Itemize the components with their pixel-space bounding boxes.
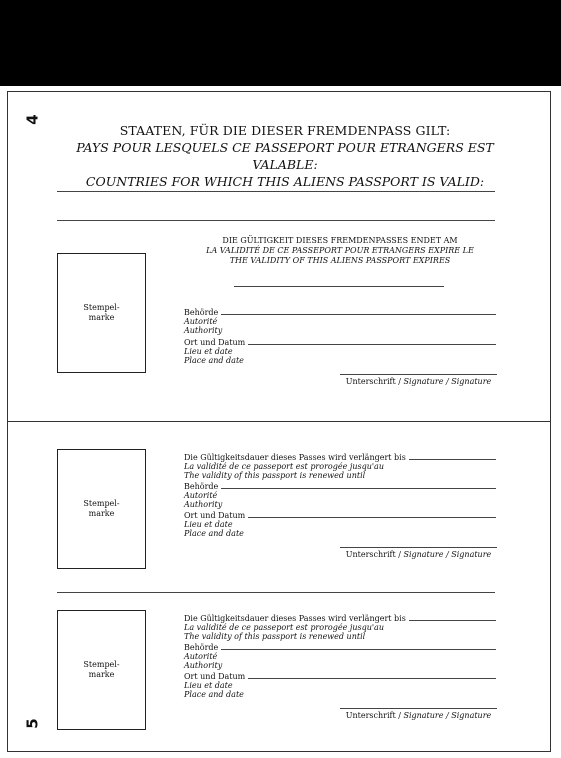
countries-title-en: COUNTRIES FOR WHICH THIS ALIENS PASSPORT…: [60, 173, 510, 190]
authority-field: Behörde Autorité Authority: [184, 308, 496, 335]
place-label-fr: Lieu et date: [184, 347, 496, 356]
authority-label-en: Authority: [184, 326, 496, 335]
authority-label-fr: Autorité: [184, 317, 496, 326]
stamp-label: Stempel-: [83, 660, 119, 669]
renewed-label-en: The validity of this passport is renewed…: [184, 632, 496, 641]
renewal-1-place-date-line[interactable]: [248, 517, 496, 518]
renewal-2-signature-line[interactable]: Unterschrift / Signature / Signature: [340, 708, 497, 720]
countries-title-fr: PAYS POUR LESQUELS CE PASSEPORT POUR ETR…: [60, 139, 510, 173]
renewal-separator: [57, 592, 495, 593]
stamp-label-2: marke: [89, 509, 115, 518]
renewal-2-place-date-field: Ort und Datum Lieu et date Place and dat…: [184, 672, 496, 699]
expiry-heading-en: THE VALIDITY OF THIS ALIENS PASSPORT EXP…: [170, 256, 510, 266]
place-label-en: Place and date: [184, 356, 496, 365]
renewal-2-authority-field: Behörde Autorité Authority: [184, 643, 496, 670]
renewal-2-date-line[interactable]: [409, 620, 496, 621]
page-number-bottom: 5: [26, 718, 41, 728]
renewal-1-date-line[interactable]: [409, 459, 496, 460]
place-label-de: Ort und Datum: [184, 511, 245, 520]
expiry-heading: DIE GÜLTIGKEIT DIESES FREMDENPASSES ENDE…: [170, 236, 510, 266]
stamp-box-renewal-1: Stempel-marke: [57, 449, 146, 569]
stamp-box-renewal-2: Stempel-marke: [57, 610, 146, 730]
place-label-de: Ort und Datum: [184, 672, 245, 681]
renewed-label-fr: La validité de ce passeport est prorogée…: [184, 623, 496, 632]
renewed-label-de: Die Gültigkeitsdauer dieses Passes wird …: [184, 453, 406, 462]
stamp-box: Stempel-marke: [57, 253, 146, 373]
authority-label-fr: Autorité: [184, 491, 496, 500]
renewed-label-fr: La validité de ce passeport est prorogée…: [184, 462, 496, 471]
renewal-1-until-field: Die Gültigkeitsdauer dieses Passes wird …: [184, 453, 496, 480]
black-top-band: [0, 0, 561, 86]
expiry-date-line[interactable]: [234, 286, 444, 287]
renewal-2-until-field: Die Gültigkeitsdauer dieses Passes wird …: [184, 614, 496, 641]
expiry-heading-de: DIE GÜLTIGKEIT DIESES FREMDENPASSES ENDE…: [170, 236, 510, 246]
renewal-1-signature-line[interactable]: Unterschrift / Signature / Signature: [340, 547, 497, 559]
renewal-1-authority-line[interactable]: [221, 488, 496, 489]
authority-label-en: Authority: [184, 500, 496, 509]
place-date-field: Ort und Datum Lieu et date Place and dat…: [184, 338, 496, 365]
stamp-label-2: marke: [89, 670, 115, 679]
expiry-heading-fr: LA VALIDITÉ DE CE PASSEPORT POUR ETRANGE…: [170, 246, 510, 256]
signature-label-fr-en: Signature / Signature: [403, 377, 491, 386]
countries-line-1[interactable]: [57, 191, 495, 192]
authority-label-de: Behörde: [184, 643, 218, 652]
place-date-input-line[interactable]: [248, 344, 496, 345]
renewal-1-authority-field: Behörde Autorité Authority: [184, 482, 496, 509]
stamp-label-2: marke: [89, 313, 115, 322]
page-divider: [7, 421, 551, 422]
signature-label-de: Unterschrift /: [346, 550, 404, 559]
renewal-2-place-date-line[interactable]: [248, 678, 496, 679]
authority-label-fr: Autorité: [184, 652, 496, 661]
stamp-label: Stempel-: [83, 303, 119, 312]
renewed-label-en: The validity of this passport is renewed…: [184, 471, 496, 480]
signature-label-de: Unterschrift /: [346, 711, 404, 720]
renewed-label-de: Die Gültigkeitsdauer dieses Passes wird …: [184, 614, 406, 623]
signature-label-fr-en: Signature / Signature: [403, 711, 491, 720]
place-label-en: Place and date: [184, 529, 496, 538]
page-number-top: 4: [26, 114, 41, 124]
countries-title-de: STAATEN, FÜR DIE DIESER FREMDENPASS GILT…: [60, 122, 510, 139]
authority-label-de: Behörde: [184, 308, 218, 317]
signature-label-de: Unterschrift /: [346, 377, 404, 386]
place-label-de: Ort und Datum: [184, 338, 245, 347]
signature-line[interactable]: Unterschrift / Signature / Signature: [340, 374, 497, 386]
renewal-1-place-date-field: Ort und Datum Lieu et date Place and dat…: [184, 511, 496, 538]
countries-title: STAATEN, FÜR DIE DIESER FREMDENPASS GILT…: [60, 122, 510, 190]
countries-line-2[interactable]: [57, 220, 495, 221]
place-label-fr: Lieu et date: [184, 520, 496, 529]
authority-label-de: Behörde: [184, 482, 218, 491]
signature-label-fr-en: Signature / Signature: [403, 550, 491, 559]
place-label-fr: Lieu et date: [184, 681, 496, 690]
place-label-en: Place and date: [184, 690, 496, 699]
renewal-2-authority-line[interactable]: [221, 649, 496, 650]
authority-label-en: Authority: [184, 661, 496, 670]
authority-input-line[interactable]: [221, 314, 496, 315]
stamp-label: Stempel-: [83, 499, 119, 508]
